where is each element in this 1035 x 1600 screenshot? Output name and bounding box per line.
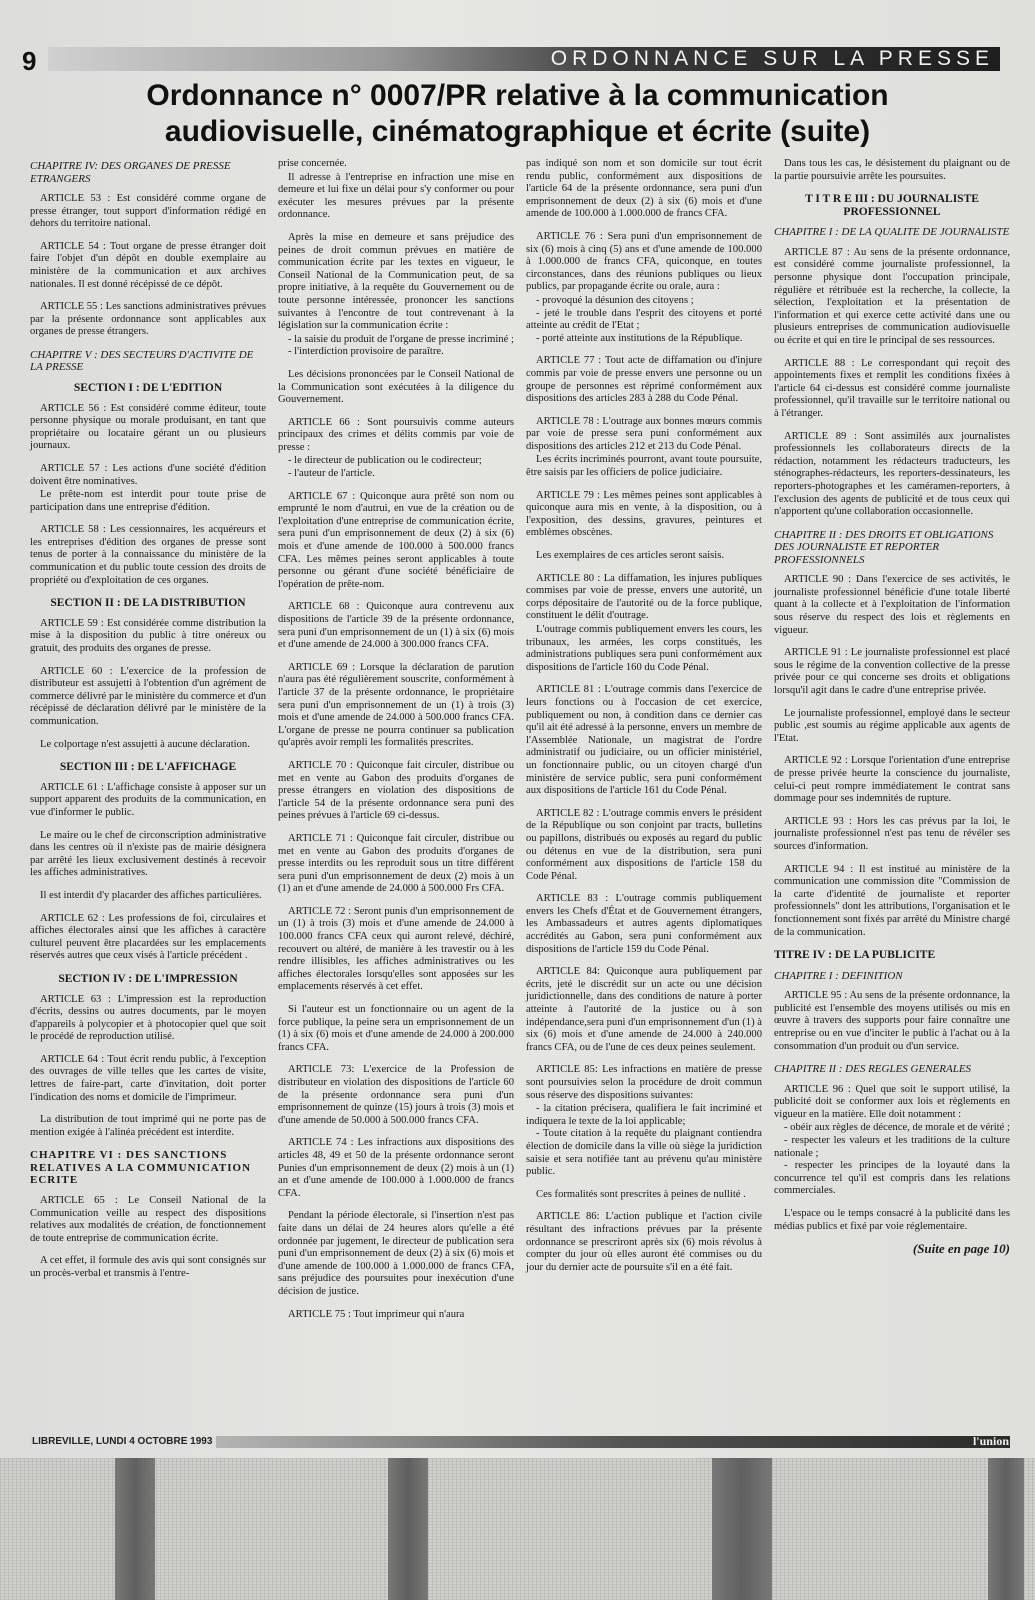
article-71: ARTICLE 71 : Quiconque fait circuler, di… <box>278 833 514 896</box>
paragraph: Après la mise en demeure et sans préjudi… <box>278 232 514 333</box>
article-66: ARTICLE 66 : Sont poursuivis comme auteu… <box>278 417 514 455</box>
list-item: - le directeur de publication ou le codi… <box>278 455 514 468</box>
newspaper-name: l'union <box>973 1435 1009 1448</box>
article-86: ARTICLE 86: L'action publique et l'actio… <box>526 1211 762 1274</box>
article-59: ARTICLE 59 : Est considérée comme distri… <box>30 618 266 656</box>
article-73: ARTICLE 73: L'exercice de la Profession … <box>278 1064 514 1127</box>
article-72: ARTICLE 72 : Seront punis d'un emprisonn… <box>278 906 514 994</box>
article-91: ARTICLE 91 : Le journaliste professionne… <box>774 647 1010 697</box>
paragraph: Les décisions prononcées par le Conseil … <box>278 369 514 407</box>
article-83: ARTICLE 83 : L'outrage commis publiqueme… <box>526 893 762 956</box>
newspaper-page: 9 ORDONNANCE SUR LA PRESSE Ordonnance n°… <box>0 0 1035 1458</box>
article-89: ARTICLE 89 : Sont assimilés aux journali… <box>774 431 1010 519</box>
article-77: ARTICLE 77 : Tout acte de diffamation ou… <box>526 355 762 405</box>
article-75: ARTICLE 75 : Tout imprimeur qui n'aura <box>278 1309 514 1322</box>
article-74: ARTICLE 74 : Les infractions aux disposi… <box>278 1137 514 1200</box>
list-item: - l'auteur de l'article. <box>278 468 514 481</box>
article-61-paragraph: Le maire ou le chef de circonscription a… <box>30 830 266 880</box>
continued-text: pas indiqué son nom et son domicile sur … <box>526 158 762 221</box>
list-item: - porté atteinte aux institutions de la … <box>526 333 762 346</box>
article-60-paragraph: Le colportage n'est assujetti à aucune d… <box>30 739 266 752</box>
article-65-paragraph: A cet effet, il formule des avis qui son… <box>30 1255 266 1280</box>
chapter-heading: CHAPITRE I : DEFINITION <box>774 970 1010 983</box>
headline: Ordonnance n° 0007/PR relative à la comm… <box>0 78 1035 150</box>
column-1: CHAPITRE IV: DES ORGANES DE PRESSE ETRAN… <box>30 158 266 1420</box>
section-heading: SECTION IV : DE L'IMPRESSION <box>30 973 266 986</box>
article-65: ARTICLE 65 : Le Conseil National de la C… <box>30 1195 266 1245</box>
article-92: ARTICLE 92 : Lorsque l'orientation d'une… <box>774 755 1010 805</box>
paragraph: Dans tous les cas, le désistement du pla… <box>774 158 1010 183</box>
list-item: - la saisie du produit de l'organe de pr… <box>278 334 514 347</box>
column-2: prise concernée. Il adresse à l'entrepri… <box>278 158 514 1420</box>
title-heading: T I T R E III : DU JOURNALISTE PROFESSIO… <box>774 193 1010 218</box>
article-57: ARTICLE 57 : Les actions d'une société d… <box>30 463 266 488</box>
article-79: ARTICLE 79 : Les mêmes peines sont appli… <box>526 490 762 540</box>
headline-line-1: Ordonnance n° 0007/PR relative à la comm… <box>0 78 1035 114</box>
section-heading: SECTION II : DE LA DISTRIBUTION <box>30 597 266 610</box>
chapter-heading: CHAPITRE V : DES SECTEURS D'ACTIVITE DE … <box>30 349 266 374</box>
chapter-heading: CHAPITRE VI : DES SANCTIONS RELATIVES A … <box>30 1149 266 1187</box>
article-84: ARTICLE 84: Quiconque aura publiquement … <box>526 966 762 1054</box>
footer-dateline: LIBREVILLE, LUNDI 4 OCTOBRE 1993 <box>32 1436 216 1448</box>
article-columns: CHAPITRE IV: DES ORGANES DE PRESSE ETRAN… <box>30 158 1010 1420</box>
section-heading: SECTION I : DE L'EDITION <box>30 382 266 395</box>
article-76: ARTICLE 76 : Sera puni d'un emprisonneme… <box>526 231 762 294</box>
article-54: ARTICLE 54 : Tout organe de presse étran… <box>30 241 266 291</box>
article-60: ARTICLE 60 : L'exercice de la profession… <box>30 666 266 729</box>
chapter-heading: CHAPITRE I : DE LA QUALITE DE JOURNALIST… <box>774 226 1010 239</box>
article-69: ARTICLE 69 : Lorsque la déclaration de p… <box>278 662 514 750</box>
article-79-paragraph: Les exemplaires de ces articles seront s… <box>526 550 762 563</box>
section-header-band: ORDONNANCE SUR LA PRESSE <box>48 47 1000 71</box>
article-70: ARTICLE 70 : Quiconque fait circuler, di… <box>278 760 514 823</box>
article-68: ARTICLE 68 : Quiconque aura contrevenu a… <box>278 601 514 651</box>
article-64-paragraph: La distribution de tout imprimé qui ne p… <box>30 1114 266 1139</box>
scan-artifact-bar <box>988 1458 1024 1600</box>
article-88: ARTICLE 88 : Le correspondant qui reçoit… <box>774 358 1010 421</box>
headline-line-2: audiovisuelle, cinématographique et écri… <box>0 114 1035 150</box>
article-94: ARTICLE 94 : Il est institué au ministèr… <box>774 864 1010 940</box>
article-81: ARTICLE 81 : L'outrage commis dans l'exe… <box>526 684 762 797</box>
list-item: - l'interdiction provisoire de paraître. <box>278 346 514 359</box>
article-80: ARTICLE 80 : La diffamation, les injures… <box>526 573 762 623</box>
list-item: - provoqué la désunion des citoyens ; <box>526 295 762 308</box>
chapter-heading: CHAPITRE II : DES DROITS ET OBLIGATIONS … <box>774 529 1010 567</box>
article-63: ARTICLE 63 : L'impression est la reprodu… <box>30 994 266 1044</box>
article-56: ARTICLE 56 : Est considéré comme éditeur… <box>30 403 266 453</box>
article-74-paragraph: Pendant la période électorale, si l'inse… <box>278 1210 514 1298</box>
article-72-paragraph: Si l'auteur est un fonctionnaire ou un a… <box>278 1004 514 1054</box>
article-61-paragraph: Il est interdit d'y placarder des affich… <box>30 890 266 903</box>
article-55: ARTICLE 55 : Les sanctions administrativ… <box>30 301 266 339</box>
scan-artifact-bar <box>712 1458 772 1600</box>
section-heading: SECTION III : DE L'AFFICHAGE <box>30 761 266 774</box>
scan-artifact-area <box>0 1458 1035 1600</box>
page-number: 9 <box>22 46 36 77</box>
article-96-paragraph: L'espace ou le temps consacré à la publi… <box>774 1208 1010 1233</box>
article-85: ARTICLE 85: Les infractions en matière d… <box>526 1064 762 1102</box>
article-64: ARTICLE 64 : Tout écrit rendu public, à … <box>30 1054 266 1104</box>
article-62: ARTICLE 62 : Les professions de foi, cir… <box>30 913 266 963</box>
list-item: - respecter les principes de la loyauté … <box>774 1160 1010 1198</box>
article-61: ARTICLE 61 : L'affichage consiste à appo… <box>30 782 266 820</box>
chapter-heading: CHAPITRE IV: DES ORGANES DE PRESSE ETRAN… <box>30 160 266 185</box>
scan-artifact-bar <box>115 1458 155 1600</box>
article-93: ARTICLE 93 : Hors les cas prévus par la … <box>774 816 1010 854</box>
title-heading: TITRE IV : DE LA PUBLICITE <box>774 949 1010 962</box>
article-82: ARTICLE 82 : L'outrage commis envers le … <box>526 808 762 884</box>
continued-text: prise concernée. <box>278 158 514 171</box>
column-4: Dans tous les cas, le désistement du pla… <box>774 158 1010 1420</box>
list-item: - respecter les valeurs et les tradition… <box>774 1135 1010 1160</box>
article-85-paragraph: Ces formalités sont prescrites à peines … <box>526 1189 762 1202</box>
article-53: ARTICLE 53 : Est considéré comme organe … <box>30 193 266 231</box>
article-95: ARTICLE 95 : Au sens de la présente ordo… <box>774 990 1010 1053</box>
list-item: - jeté le trouble dans l'esprit des cito… <box>526 308 762 333</box>
paragraph: Il adresse à l'entreprise en infraction … <box>278 172 514 222</box>
article-67: ARTICLE 67 : Quiconque aura prêté son no… <box>278 491 514 592</box>
article-57-paragraph: Le prête-nom est interdit pour toute pri… <box>30 489 266 514</box>
article-78-paragraph: Les écrits incriminés pourront, avant to… <box>526 454 762 479</box>
article-87: ARTICLE 87 : Au sens de la présente ordo… <box>774 247 1010 348</box>
article-58: ARTICLE 58 : Les cessionnaires, les acqu… <box>30 524 266 587</box>
article-96: ARTICLE 96 : Quel que soit le support ut… <box>774 1084 1010 1122</box>
article-91-paragraph: Le journaliste professionnel, employé da… <box>774 708 1010 746</box>
article-78: ARTICLE 78 : L'outrage aux bonnes mœurs … <box>526 416 762 454</box>
section-title: ORDONNANCE SUR LA PRESSE <box>551 47 1000 71</box>
column-3: pas indiqué son nom et son domicile sur … <box>526 158 762 1420</box>
list-item: - obéir aux règles de décence, de morale… <box>774 1122 1010 1135</box>
article-80-paragraph: L'outrage commis publiquement envers les… <box>526 624 762 674</box>
list-item: - la citation précisera, qualifiera le f… <box>526 1103 762 1128</box>
list-item: - Toute citation à la requête du plaigna… <box>526 1128 762 1178</box>
scan-artifact-bar <box>388 1458 428 1600</box>
article-90: ARTICLE 90 : Dans l'exercice de ses acti… <box>774 574 1010 637</box>
continued-on-page: (Suite en page 10) <box>774 1243 1010 1256</box>
chapter-heading: CHAPITRE II : DES REGLES GENERALES <box>774 1063 1010 1076</box>
